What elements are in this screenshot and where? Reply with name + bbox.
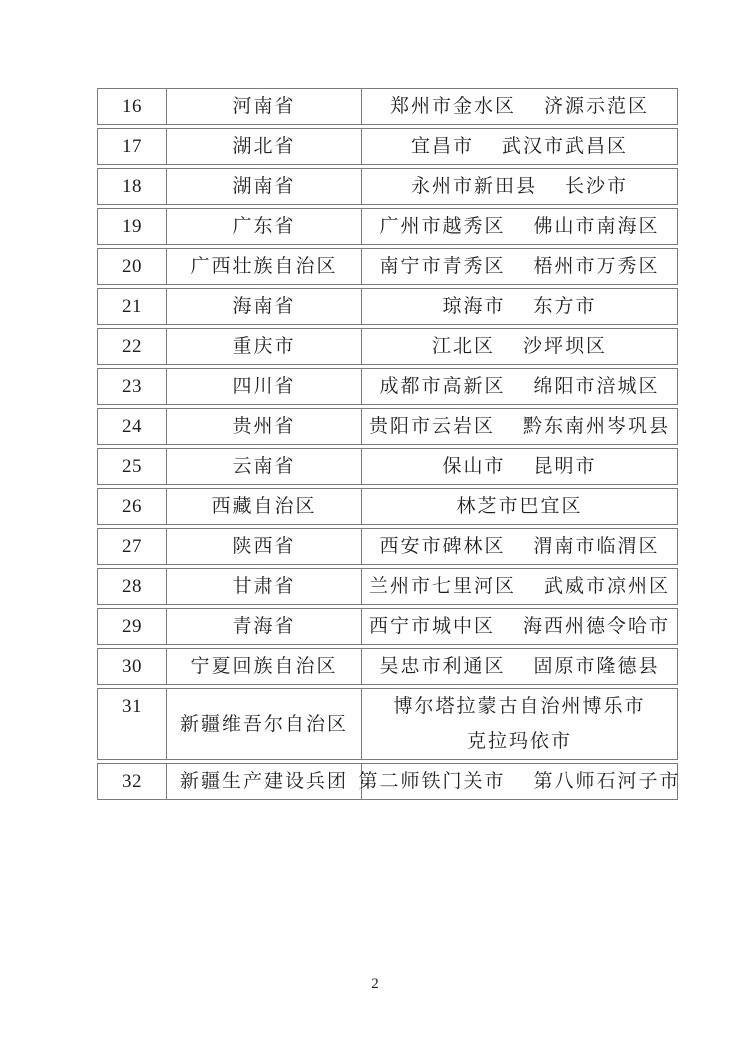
regions-cell: 南宁市青秀区梧州市万秀区: [362, 248, 678, 285]
province-cell: 海南省: [167, 288, 362, 325]
region-entry: 成都市高新区: [379, 369, 505, 404]
row-number-cell: 18: [97, 168, 167, 205]
region-entry: 贵阳市云岩区: [369, 409, 495, 444]
regions-cell: 第二师铁门关市第八师石河子市: [362, 763, 678, 800]
region-line: 保山市昆明市: [362, 449, 677, 484]
region-entry: 武威市凉州区: [544, 569, 670, 604]
row-number-cell: 22: [97, 328, 167, 365]
regions-cell: 宜昌市武汉市武昌区: [362, 128, 678, 165]
row-number-cell: 21: [97, 288, 167, 325]
page-number: 2: [0, 976, 750, 993]
regions-cell: 郑州市金水区济源示范区: [362, 88, 678, 125]
province-cell: 陕西省: [167, 528, 362, 565]
region-entry: 昆明市: [534, 449, 597, 484]
row-number-cell: 17: [97, 128, 167, 165]
row-number-cell: 27: [97, 528, 167, 565]
province-cell: 河南省: [167, 88, 362, 125]
row-number-cell: 29: [97, 608, 167, 645]
province-cell: 青海省: [167, 608, 362, 645]
region-entry: 第八师石河子市: [534, 764, 681, 799]
region-entry: 林芝市巴宜区: [456, 489, 582, 524]
table-row: 30宁夏回族自治区吴忠市利通区固原市隆德县: [97, 648, 678, 685]
province-cell: 云南省: [167, 448, 362, 485]
region-line: 西安市碑林区渭南市临渭区: [362, 529, 677, 564]
province-cell: 湖南省: [167, 168, 362, 205]
row-number-cell: 24: [97, 408, 167, 445]
row-number-cell: 16: [97, 88, 167, 125]
region-entry: 南宁市青秀区: [379, 249, 505, 284]
province-cell: 甘肃省: [167, 568, 362, 605]
region-entry: 固原市隆德县: [534, 649, 660, 684]
region-line: 第二师铁门关市第八师石河子市: [362, 764, 677, 799]
row-number-cell: 32: [97, 763, 167, 800]
row-number-cell: 25: [97, 448, 167, 485]
region-entry: 宜昌市: [411, 129, 474, 164]
region-entry: 绵阳市涪城区: [534, 369, 660, 404]
region-entry: 兰州市七里河区: [369, 569, 516, 604]
regions-table: 16河南省郑州市金水区济源示范区17湖北省宜昌市武汉市武昌区18湖南省永州市新田…: [97, 85, 678, 803]
regions-cell: 博尔塔拉蒙古自治州博乐市克拉玛依市: [362, 688, 678, 760]
region-entry: 琼海市: [442, 289, 505, 324]
region-entry: 海西州德令哈市: [523, 609, 670, 644]
region-entry: 西宁市城中区: [369, 609, 495, 644]
table-body: 16河南省郑州市金水区济源示范区17湖北省宜昌市武汉市武昌区18湖南省永州市新田…: [97, 88, 678, 800]
province-cell: 广东省: [167, 208, 362, 245]
row-number-cell: 26: [97, 488, 167, 525]
province-cell: 四川省: [167, 368, 362, 405]
table-row: 16河南省郑州市金水区济源示范区: [97, 88, 678, 125]
regions-cell: 贵阳市云岩区黔东南州岑巩县: [362, 408, 678, 445]
region-entry: 永州市新田县: [411, 169, 537, 204]
region-entry: 渭南市临渭区: [534, 529, 660, 564]
document-page: 16河南省郑州市金水区济源示范区17湖北省宜昌市武汉市武昌区18湖南省永州市新田…: [0, 0, 750, 1061]
region-line: 林芝市巴宜区: [362, 489, 677, 524]
region-line: 兰州市七里河区武威市凉州区: [362, 569, 677, 604]
region-line: 广州市越秀区佛山市南海区: [362, 209, 677, 244]
regions-cell: 吴忠市利通区固原市隆德县: [362, 648, 678, 685]
region-entry: 黔东南州岑巩县: [523, 409, 670, 444]
region-entry: 郑州市金水区: [390, 89, 516, 124]
regions-cell: 保山市昆明市: [362, 448, 678, 485]
region-line: 琼海市东方市: [362, 289, 677, 324]
table-row: 27陕西省西安市碑林区渭南市临渭区: [97, 528, 678, 565]
province-cell: 贵州省: [167, 408, 362, 445]
table-row: 21海南省琼海市东方市: [97, 288, 678, 325]
region-entry: 保山市: [442, 449, 505, 484]
row-number-cell: 30: [97, 648, 167, 685]
region-line: 宜昌市武汉市武昌区: [362, 129, 677, 164]
table-row: 23四川省成都市高新区绵阳市涪城区: [97, 368, 678, 405]
region-entry: 佛山市南海区: [534, 209, 660, 244]
region-line: 博尔塔拉蒙古自治州博乐市: [362, 689, 677, 724]
regions-cell: 成都市高新区绵阳市涪城区: [362, 368, 678, 405]
province-cell: 重庆市: [167, 328, 362, 365]
province-cell: 新疆生产建设兵团: [167, 763, 362, 800]
table-row: 29青海省西宁市城中区海西州德令哈市: [97, 608, 678, 645]
region-line: 成都市高新区绵阳市涪城区: [362, 369, 677, 404]
table-row: 19广东省广州市越秀区佛山市南海区: [97, 208, 678, 245]
table-row: 20广西壮族自治区南宁市青秀区梧州市万秀区: [97, 248, 678, 285]
regions-cell: 兰州市七里河区武威市凉州区: [362, 568, 678, 605]
table-row: 22重庆市江北区沙坪坝区: [97, 328, 678, 365]
region-entry: 梧州市万秀区: [534, 249, 660, 284]
table-row: 18湖南省永州市新田县长沙市: [97, 168, 678, 205]
region-entry: 博尔塔拉蒙古自治州博乐市: [393, 689, 645, 724]
region-entry: 吴忠市利通区: [379, 649, 505, 684]
row-number-cell: 28: [97, 568, 167, 605]
region-entry: 广州市越秀区: [379, 209, 505, 244]
region-entry: 西安市碑林区: [379, 529, 505, 564]
region-entry: 第二师铁门关市: [358, 764, 505, 799]
row-number-cell: 19: [97, 208, 167, 245]
regions-cell: 江北区沙坪坝区: [362, 328, 678, 365]
regions-cell: 西安市碑林区渭南市临渭区: [362, 528, 678, 565]
province-cell: 湖北省: [167, 128, 362, 165]
region-line: 克拉玛依市: [362, 724, 677, 759]
province-cell: 西藏自治区: [167, 488, 362, 525]
regions-cell: 林芝市巴宜区: [362, 488, 678, 525]
region-entry: 长沙市: [565, 169, 628, 204]
regions-cell: 西宁市城中区海西州德令哈市: [362, 608, 678, 645]
region-line: 吴忠市利通区固原市隆德县: [362, 649, 677, 684]
region-entry: 济源示范区: [544, 89, 649, 124]
regions-cell: 琼海市东方市: [362, 288, 678, 325]
region-line: 贵阳市云岩区黔东南州岑巩县: [362, 409, 677, 444]
row-number-cell: 20: [97, 248, 167, 285]
region-entry: 江北区: [432, 329, 495, 364]
region-line: 永州市新田县长沙市: [362, 169, 677, 204]
table-row: 24贵州省贵阳市云岩区黔东南州岑巩县: [97, 408, 678, 445]
region-entry: 沙坪坝区: [523, 329, 607, 364]
table-row: 28甘肃省兰州市七里河区武威市凉州区: [97, 568, 678, 605]
regions-cell: 广州市越秀区佛山市南海区: [362, 208, 678, 245]
region-line: 南宁市青秀区梧州市万秀区: [362, 249, 677, 284]
row-number-cell: 23: [97, 368, 167, 405]
region-line: 郑州市金水区济源示范区: [362, 89, 677, 124]
region-line: 江北区沙坪坝区: [362, 329, 677, 364]
table-row: 17湖北省宜昌市武汉市武昌区: [97, 128, 678, 165]
table-row: 25云南省保山市昆明市: [97, 448, 678, 485]
region-entry: 克拉玛依市: [467, 724, 572, 759]
regions-cell: 永州市新田县长沙市: [362, 168, 678, 205]
province-cell: 新疆维吾尔自治区: [167, 688, 362, 760]
region-entry: 武汉市武昌区: [502, 129, 628, 164]
province-cell: 宁夏回族自治区: [167, 648, 362, 685]
table-row: 31新疆维吾尔自治区博尔塔拉蒙古自治州博乐市克拉玛依市: [97, 688, 678, 760]
province-cell: 广西壮族自治区: [167, 248, 362, 285]
region-line: 西宁市城中区海西州德令哈市: [362, 609, 677, 644]
region-entry: 东方市: [534, 289, 597, 324]
row-number-cell: 31: [97, 688, 167, 760]
table-row: 32新疆生产建设兵团第二师铁门关市第八师石河子市: [97, 763, 678, 800]
table-row: 26西藏自治区林芝市巴宜区: [97, 488, 678, 525]
